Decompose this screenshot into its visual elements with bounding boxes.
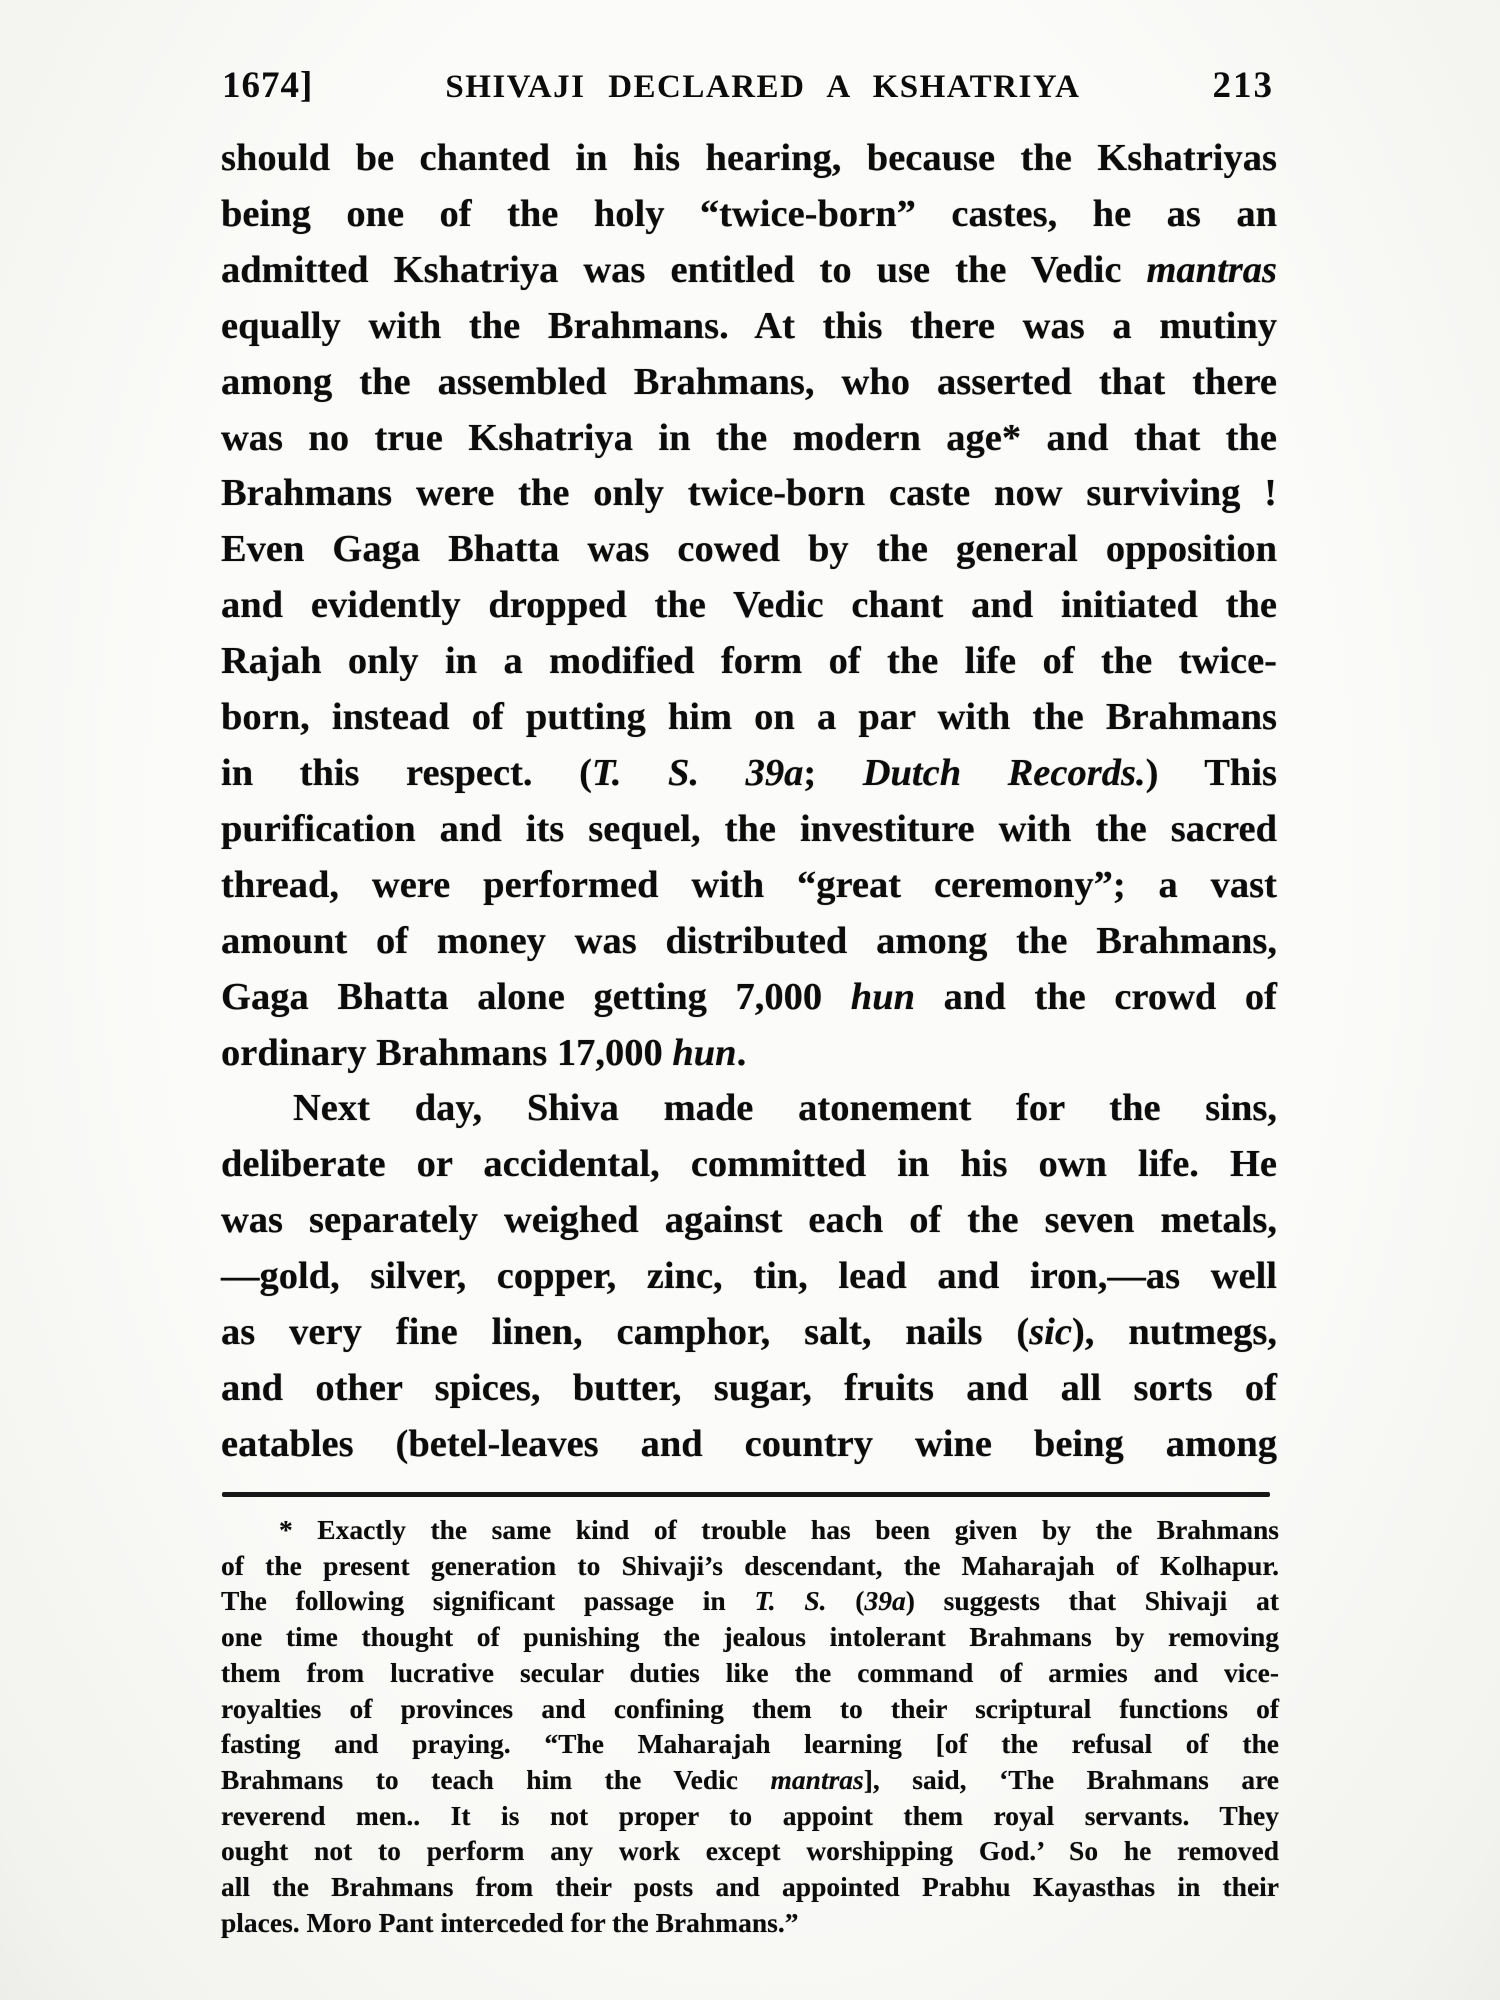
text-segment: was no true Kshatriya in the modern age*… (221, 417, 1277, 459)
text-line: royalties of provinces and confining the… (221, 1691, 1279, 1727)
text-segment: should be chanted in his hearing, becaus… (221, 137, 1277, 179)
text-line: one time thought of punishing the jealou… (221, 1619, 1279, 1655)
text-line: Even Gaga Bhatta was cowed by the genera… (221, 522, 1277, 578)
italic-text: Dutch Records. (863, 752, 1146, 794)
text-segment: Next day, Shiva made atonement for the s… (293, 1087, 1277, 1129)
text-segment: amount of money was distributed among th… (221, 920, 1277, 962)
text-segment: Rajah only in a modified form of the lif… (221, 640, 1277, 682)
text-line: ought not to perform any work except wor… (221, 1833, 1279, 1869)
italic-text: T. S. 39a (592, 752, 803, 794)
text-line: purification and its sequel, the investi… (221, 802, 1277, 858)
text-line: thread, were performed with “great cerem… (221, 858, 1277, 914)
text-segment: Gaga Bhatta alone getting 7,000 (221, 976, 851, 1018)
text-line: deliberate or accidental, committed in h… (221, 1137, 1277, 1193)
text-segment: eatables (betel-leaves and country wine … (221, 1423, 1277, 1465)
text-segment: * Exactly the same kind of trouble has b… (279, 1514, 1279, 1545)
text-line: them from lucrative secular duties like … (221, 1655, 1279, 1691)
text-line: reverend men.. It is not proper to appoi… (221, 1798, 1279, 1834)
text-line: —gold, silver, copper, zinc, tin, lead a… (221, 1249, 1277, 1305)
text-line: Gaga Bhatta alone getting 7,000 hun and … (221, 970, 1277, 1026)
italic-text: 39a (864, 1585, 905, 1616)
text-segment: purification and its sequel, the investi… (221, 808, 1277, 850)
text-line: all the Brahmans from their posts and ap… (221, 1869, 1279, 1905)
body-text: should be chanted in his hearing, becaus… (221, 131, 1277, 1473)
text-segment: ; (803, 752, 862, 794)
text-line: was separately weighed against each of t… (221, 1193, 1277, 1249)
text-segment: thread, were performed with “great cerem… (221, 864, 1277, 906)
text-segment: equally with the Brahmans. At this there… (221, 305, 1277, 347)
text-segment: The following significant passage in (221, 1585, 754, 1616)
text-line: fasting and praying. “The Maharajah lear… (221, 1726, 1279, 1762)
text-segment: ( (827, 1585, 865, 1616)
text-segment: Brahmans were the only twice-born caste … (221, 472, 1277, 514)
text-line: amount of money was distributed among th… (221, 914, 1277, 970)
italic-text: hun (672, 1032, 736, 1074)
text-segment: ought not to perform any work except wor… (221, 1835, 1279, 1866)
italic-text: mantras (771, 1764, 864, 1795)
text-segment: and other spices, butter, sugar, fruits … (221, 1367, 1277, 1409)
text-segment: one time thought of punishing the jealou… (221, 1621, 1279, 1652)
text-line: Next day, Shiva made atonement for the s… (221, 1081, 1277, 1137)
text-segment: fasting and praying. “The Maharajah lear… (221, 1728, 1279, 1759)
text-segment: Brahmans to teach him the Vedic (221, 1764, 771, 1795)
text-line: being one of the holy “twice-born” caste… (221, 187, 1277, 243)
text-segment: as very fine linen, camphor, salt, nails… (221, 1311, 1029, 1353)
footnote-divider (222, 1492, 1270, 1497)
text-segment: places. Moro Pant interceded for the Bra… (221, 1907, 798, 1938)
text-segment: all the Brahmans from their posts and ap… (221, 1871, 1279, 1902)
page-number: 213 (1213, 64, 1275, 107)
text-segment: ordinary Brahmans 17,000 (221, 1032, 672, 1074)
text-line: places. Moro Pant interceded for the Bra… (221, 1905, 1279, 1941)
year-marker: 1674] (222, 64, 313, 107)
text-segment: ], said, ‘The Brahmans are (864, 1764, 1279, 1795)
text-line: as very fine linen, camphor, salt, nails… (221, 1305, 1277, 1361)
text-line: among the assembled Brahmans, who assert… (221, 355, 1277, 411)
text-segment: being one of the holy “twice-born” caste… (221, 193, 1277, 235)
text-line: Brahmans were the only twice-born caste … (221, 466, 1277, 522)
text-line: Rajah only in a modified form of the lif… (221, 634, 1277, 690)
text-line: * Exactly the same kind of trouble has b… (221, 1512, 1279, 1548)
italic-text: T. S. (754, 1585, 826, 1616)
text-line: eatables (betel-leaves and country wine … (221, 1417, 1277, 1473)
text-line: in this respect. (T. S. 39a; Dutch Recor… (221, 746, 1277, 802)
book-page: 1674] SHIVAJI DECLARED A KSHATRIYA 213 s… (0, 0, 1500, 2000)
text-segment: ) This (1146, 752, 1277, 794)
text-segment: them from lucrative secular duties like … (221, 1657, 1279, 1688)
text-line: should be chanted in his hearing, becaus… (221, 131, 1277, 187)
running-title: SHIVAJI DECLARED A KSHATRIYA (313, 69, 1212, 106)
text-line: born, instead of putting him on a par wi… (221, 690, 1277, 746)
text-line: and evidently dropped the Vedic chant an… (221, 578, 1277, 634)
text-line: and other spices, butter, sugar, fruits … (221, 1361, 1277, 1417)
text-segment: —gold, silver, copper, zinc, tin, lead a… (221, 1255, 1277, 1297)
text-segment: admitted Kshatriya was entitled to use t… (221, 249, 1146, 291)
text-segment: in this respect. ( (221, 752, 592, 794)
text-line: admitted Kshatriya was entitled to use t… (221, 243, 1277, 299)
text-segment: and evidently dropped the Vedic chant an… (221, 584, 1277, 626)
text-segment: ), nutmegs, (1072, 1311, 1277, 1353)
page-header: 1674] SHIVAJI DECLARED A KSHATRIYA 213 (222, 64, 1274, 107)
italic-text: hun (851, 976, 915, 1018)
italic-text: sic (1029, 1311, 1072, 1353)
text-segment: . (737, 1032, 747, 1074)
text-segment: ) suggests that Shivaji at (906, 1585, 1279, 1616)
text-line: Brahmans to teach him the Vedic mantras]… (221, 1762, 1279, 1798)
footnote: * Exactly the same kind of trouble has b… (221, 1512, 1279, 1940)
text-segment: among the assembled Brahmans, who assert… (221, 361, 1277, 403)
text-line: ordinary Brahmans 17,000 hun. (221, 1026, 1277, 1082)
text-segment: born, instead of putting him on a par wi… (221, 696, 1277, 738)
text-line: was no true Kshatriya in the modern age*… (221, 411, 1277, 467)
text-segment: reverend men.. It is not proper to appoi… (221, 1800, 1279, 1831)
text-segment: was separately weighed against each of t… (221, 1199, 1277, 1241)
text-segment: of the present generation to Shivaji’s d… (221, 1550, 1279, 1581)
text-segment: deliberate or accidental, committed in h… (221, 1143, 1277, 1185)
italic-text: mantras (1146, 249, 1277, 291)
text-line: of the present generation to Shivaji’s d… (221, 1548, 1279, 1584)
text-segment: Even Gaga Bhatta was cowed by the genera… (221, 528, 1277, 570)
text-line: The following significant passage in T. … (221, 1583, 1279, 1619)
text-segment: and the crowd of (915, 976, 1277, 1018)
text-line: equally with the Brahmans. At this there… (221, 299, 1277, 355)
text-segment: royalties of provinces and confining the… (221, 1693, 1279, 1724)
